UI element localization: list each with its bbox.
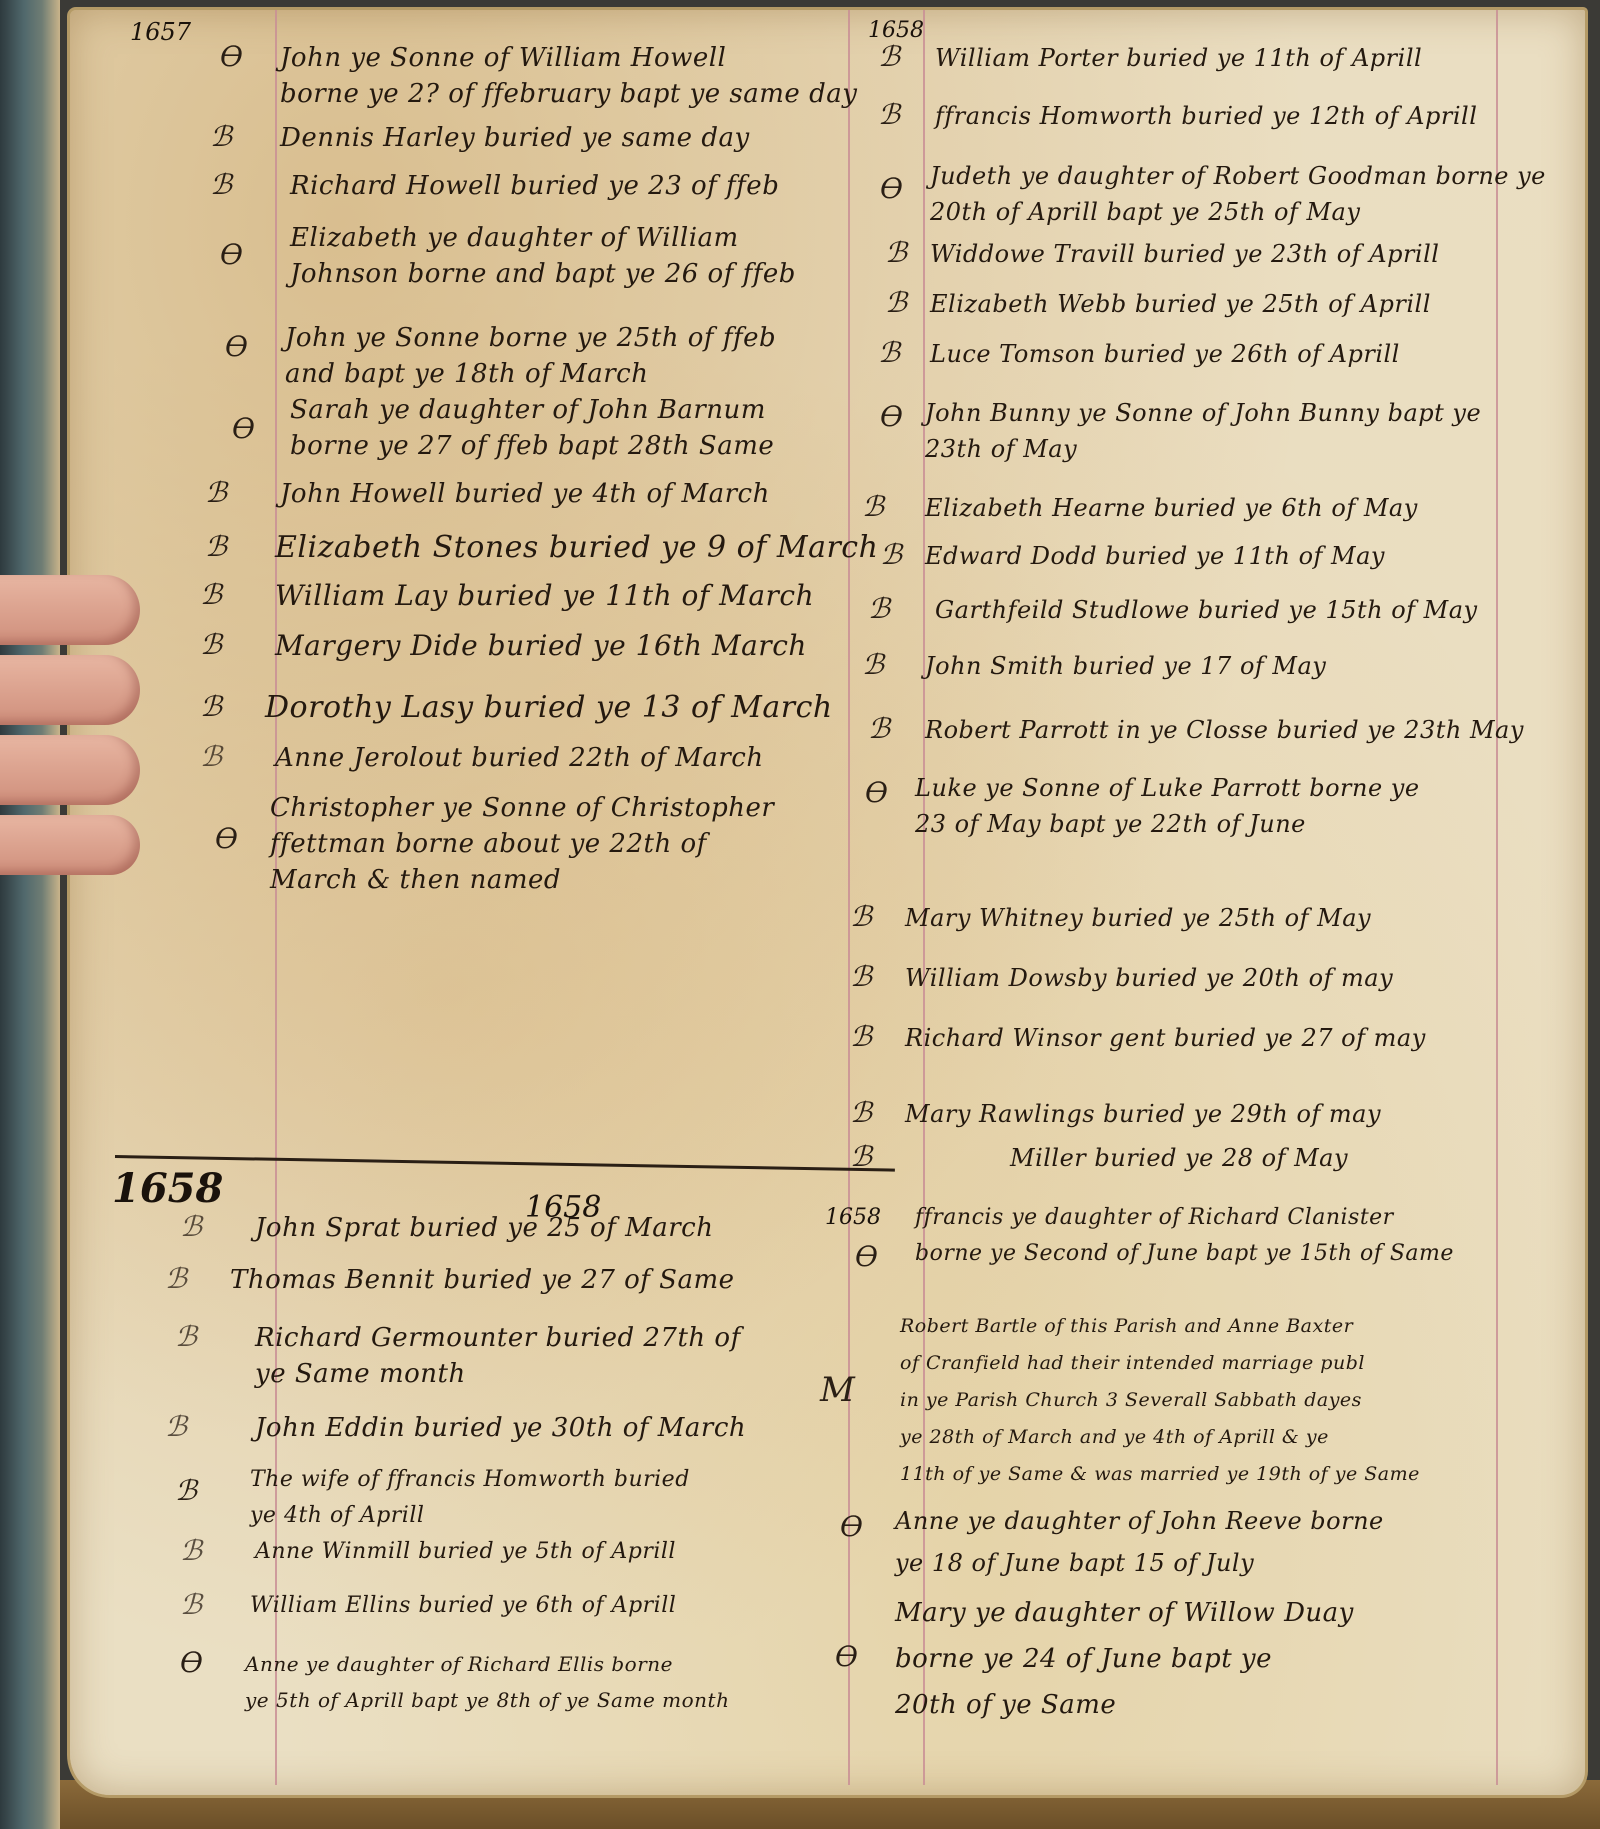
- register-entry: Sarah ye daughter of John Barnum borne y…: [290, 392, 774, 464]
- burial-mark: ℬ: [200, 628, 222, 661]
- register-entry: William Lay buried ye 11th of March: [275, 578, 814, 614]
- register-entry: Christopher ye Sonne of Christopher ffet…: [270, 790, 774, 898]
- burial-mark: ℬ: [165, 1262, 187, 1295]
- register-entry: Garthfeild Studlowe buried ye 15th of Ma…: [935, 592, 1478, 628]
- register-entry: Elizabeth ye daughter of William Johnson…: [290, 220, 796, 292]
- baptism-mark: ϴ: [180, 1646, 203, 1679]
- register-entry: William Dowsby buried ye 20th of may: [905, 960, 1393, 996]
- burial-mark: ℬ: [850, 1140, 872, 1173]
- baptism-mark: ϴ: [232, 412, 255, 445]
- burial-mark: ℬ: [210, 120, 232, 153]
- register-entry: The wife of ffrancis Homworth buried ye …: [250, 1462, 690, 1534]
- register-entry: Thomas Bennit buried ye 27 of Same: [230, 1262, 735, 1298]
- finger: [0, 575, 140, 645]
- margin-rule-right: [1496, 10, 1498, 1785]
- burial-mark: ℬ: [205, 476, 227, 509]
- burial-mark: ℬ: [205, 530, 227, 563]
- burial-mark: ℬ: [885, 236, 907, 269]
- register-entry: Anne Jerolout buried 22th of March: [275, 740, 764, 776]
- register-entry: William Porter buried ye 11th of Aprill: [935, 40, 1422, 76]
- register-entry: John Howell buried ye 4th of March: [280, 476, 770, 512]
- register-entry: John Eddin buried ye 30th of March: [255, 1410, 746, 1446]
- register-entry: Richard Germounter buried 27th of ye Sam…: [255, 1320, 741, 1392]
- burial-mark: ℬ: [850, 1096, 872, 1129]
- register-entry: John Smith buried ye 17 of May: [925, 648, 1326, 684]
- burial-mark: ℬ: [210, 168, 232, 201]
- burial-mark: ℬ: [200, 740, 222, 773]
- book-spine: [0, 0, 60, 1829]
- register-entry: Margery Dide buried ye 16th March: [275, 628, 807, 664]
- burial-mark: ℬ: [850, 900, 872, 933]
- register-entry: Dorothy Lasy buried ye 13 of March: [265, 690, 833, 726]
- register-entry: Elizabeth Hearne buried ye 6th of May: [925, 490, 1418, 526]
- register-entry: Luke ye Sonne of Luke Parrott borne ye 2…: [915, 770, 1420, 842]
- finger: [0, 815, 140, 875]
- register-entry: ffrancis Homworth buried ye 12th of Apri…: [935, 98, 1477, 134]
- year-heading-1658-margin: 1658: [112, 1165, 223, 1212]
- register-entry: Anne ye daughter of John Reeve borne ye …: [895, 1500, 1384, 1584]
- register-entry: John Sprat buried ye 25 of March: [255, 1210, 713, 1246]
- burial-mark: ℬ: [180, 1588, 202, 1621]
- finger: [0, 655, 140, 725]
- baptism-mark: ϴ: [220, 40, 243, 73]
- register-entry: ffrancis ye daughter of Richard Claniste…: [915, 1200, 1454, 1272]
- year-heading-right-lower: 1658: [825, 1205, 881, 1230]
- baptism-mark: ϴ: [880, 172, 903, 205]
- baptism-mark: ϴ: [225, 330, 248, 363]
- burial-mark: ℬ: [880, 538, 902, 571]
- register-entry: Anne Winmill buried ye 5th of Aprill: [255, 1534, 676, 1570]
- burial-mark: ℬ: [862, 490, 884, 523]
- burial-mark: ℬ: [180, 1210, 202, 1243]
- burial-mark: ℬ: [862, 648, 884, 681]
- burial-mark: ℬ: [878, 40, 900, 73]
- register-entry: John ye Sonne borne ye 25th of ffeb and …: [285, 320, 776, 392]
- register-entry: Mary Rawlings buried ye 29th of may: [905, 1096, 1381, 1132]
- baptism-mark: ϴ: [855, 1240, 878, 1273]
- burial-mark: ℬ: [850, 960, 872, 993]
- burial-mark: ℬ: [868, 712, 890, 745]
- register-entry: Robert Parrott in ye Closse buried ye 23…: [925, 712, 1524, 748]
- register-entry: Luce Tomson buried ye 26th of Aprill: [930, 336, 1400, 372]
- baptism-mark: ϴ: [880, 400, 903, 433]
- register-entry: Richard Howell buried ye 23 of ffeb: [290, 168, 779, 204]
- baptism-mark: ϴ: [220, 238, 243, 271]
- register-entry: Widdowe Travill buried ye 23th of Aprill: [930, 236, 1439, 272]
- burial-mark: ℬ: [180, 1534, 202, 1567]
- register-entry: Mary Whitney buried ye 25th of May: [905, 900, 1371, 936]
- register-entry: Edward Dodd buried ye 11th of May: [925, 538, 1385, 574]
- burial-mark: ℬ: [868, 592, 890, 625]
- holding-hand: [0, 575, 150, 905]
- baptism-mark: ϴ: [865, 776, 888, 809]
- burial-mark: ℬ: [885, 286, 907, 319]
- finger: [0, 735, 140, 805]
- year-heading-1657: 1657: [130, 18, 191, 46]
- burial-mark: ℬ: [850, 1020, 872, 1053]
- register-entry: Dennis Harley buried ye same day: [280, 120, 750, 156]
- burial-mark: ℬ: [165, 1410, 187, 1443]
- baptism-mark: ϴ: [835, 1640, 858, 1673]
- burial-mark: ℬ: [175, 1320, 197, 1353]
- register-entry: John Bunny ye Sonne of John Bunny bapt y…: [925, 395, 1481, 467]
- baptism-mark: ϴ: [215, 822, 238, 855]
- burial-mark: ℬ: [200, 690, 222, 723]
- register-entry: Richard Winsor gent buried ye 27 of may: [905, 1020, 1426, 1056]
- register-entry: Elizabeth Webb buried ye 25th of Aprill: [930, 286, 1431, 322]
- burial-mark: ℬ: [200, 578, 222, 611]
- register-entry: Miller buried ye 28 of May: [1010, 1140, 1348, 1176]
- register-entry: William Ellins buried ye 6th of Aprill: [250, 1588, 676, 1624]
- register-entry: Elizabeth Stones buried ye 9 of March: [275, 530, 878, 566]
- marriage-mark: M: [820, 1370, 855, 1410]
- register-entry: Robert Bartle of this Parish and Anne Ba…: [900, 1308, 1420, 1493]
- burial-mark: ℬ: [175, 1474, 197, 1507]
- register-entry: Judeth ye daughter of Robert Goodman bor…: [930, 158, 1546, 230]
- burial-mark: ℬ: [878, 336, 900, 369]
- register-entry: Mary ye daughter of Willow Duay borne ye…: [895, 1590, 1354, 1728]
- burial-mark: ℬ: [878, 98, 900, 131]
- baptism-mark: ϴ: [840, 1510, 863, 1543]
- register-entry: John ye Sonne of William Howell borne ye…: [280, 40, 857, 112]
- register-entry: Anne ye daughter of Richard Ellis borne …: [245, 1646, 729, 1718]
